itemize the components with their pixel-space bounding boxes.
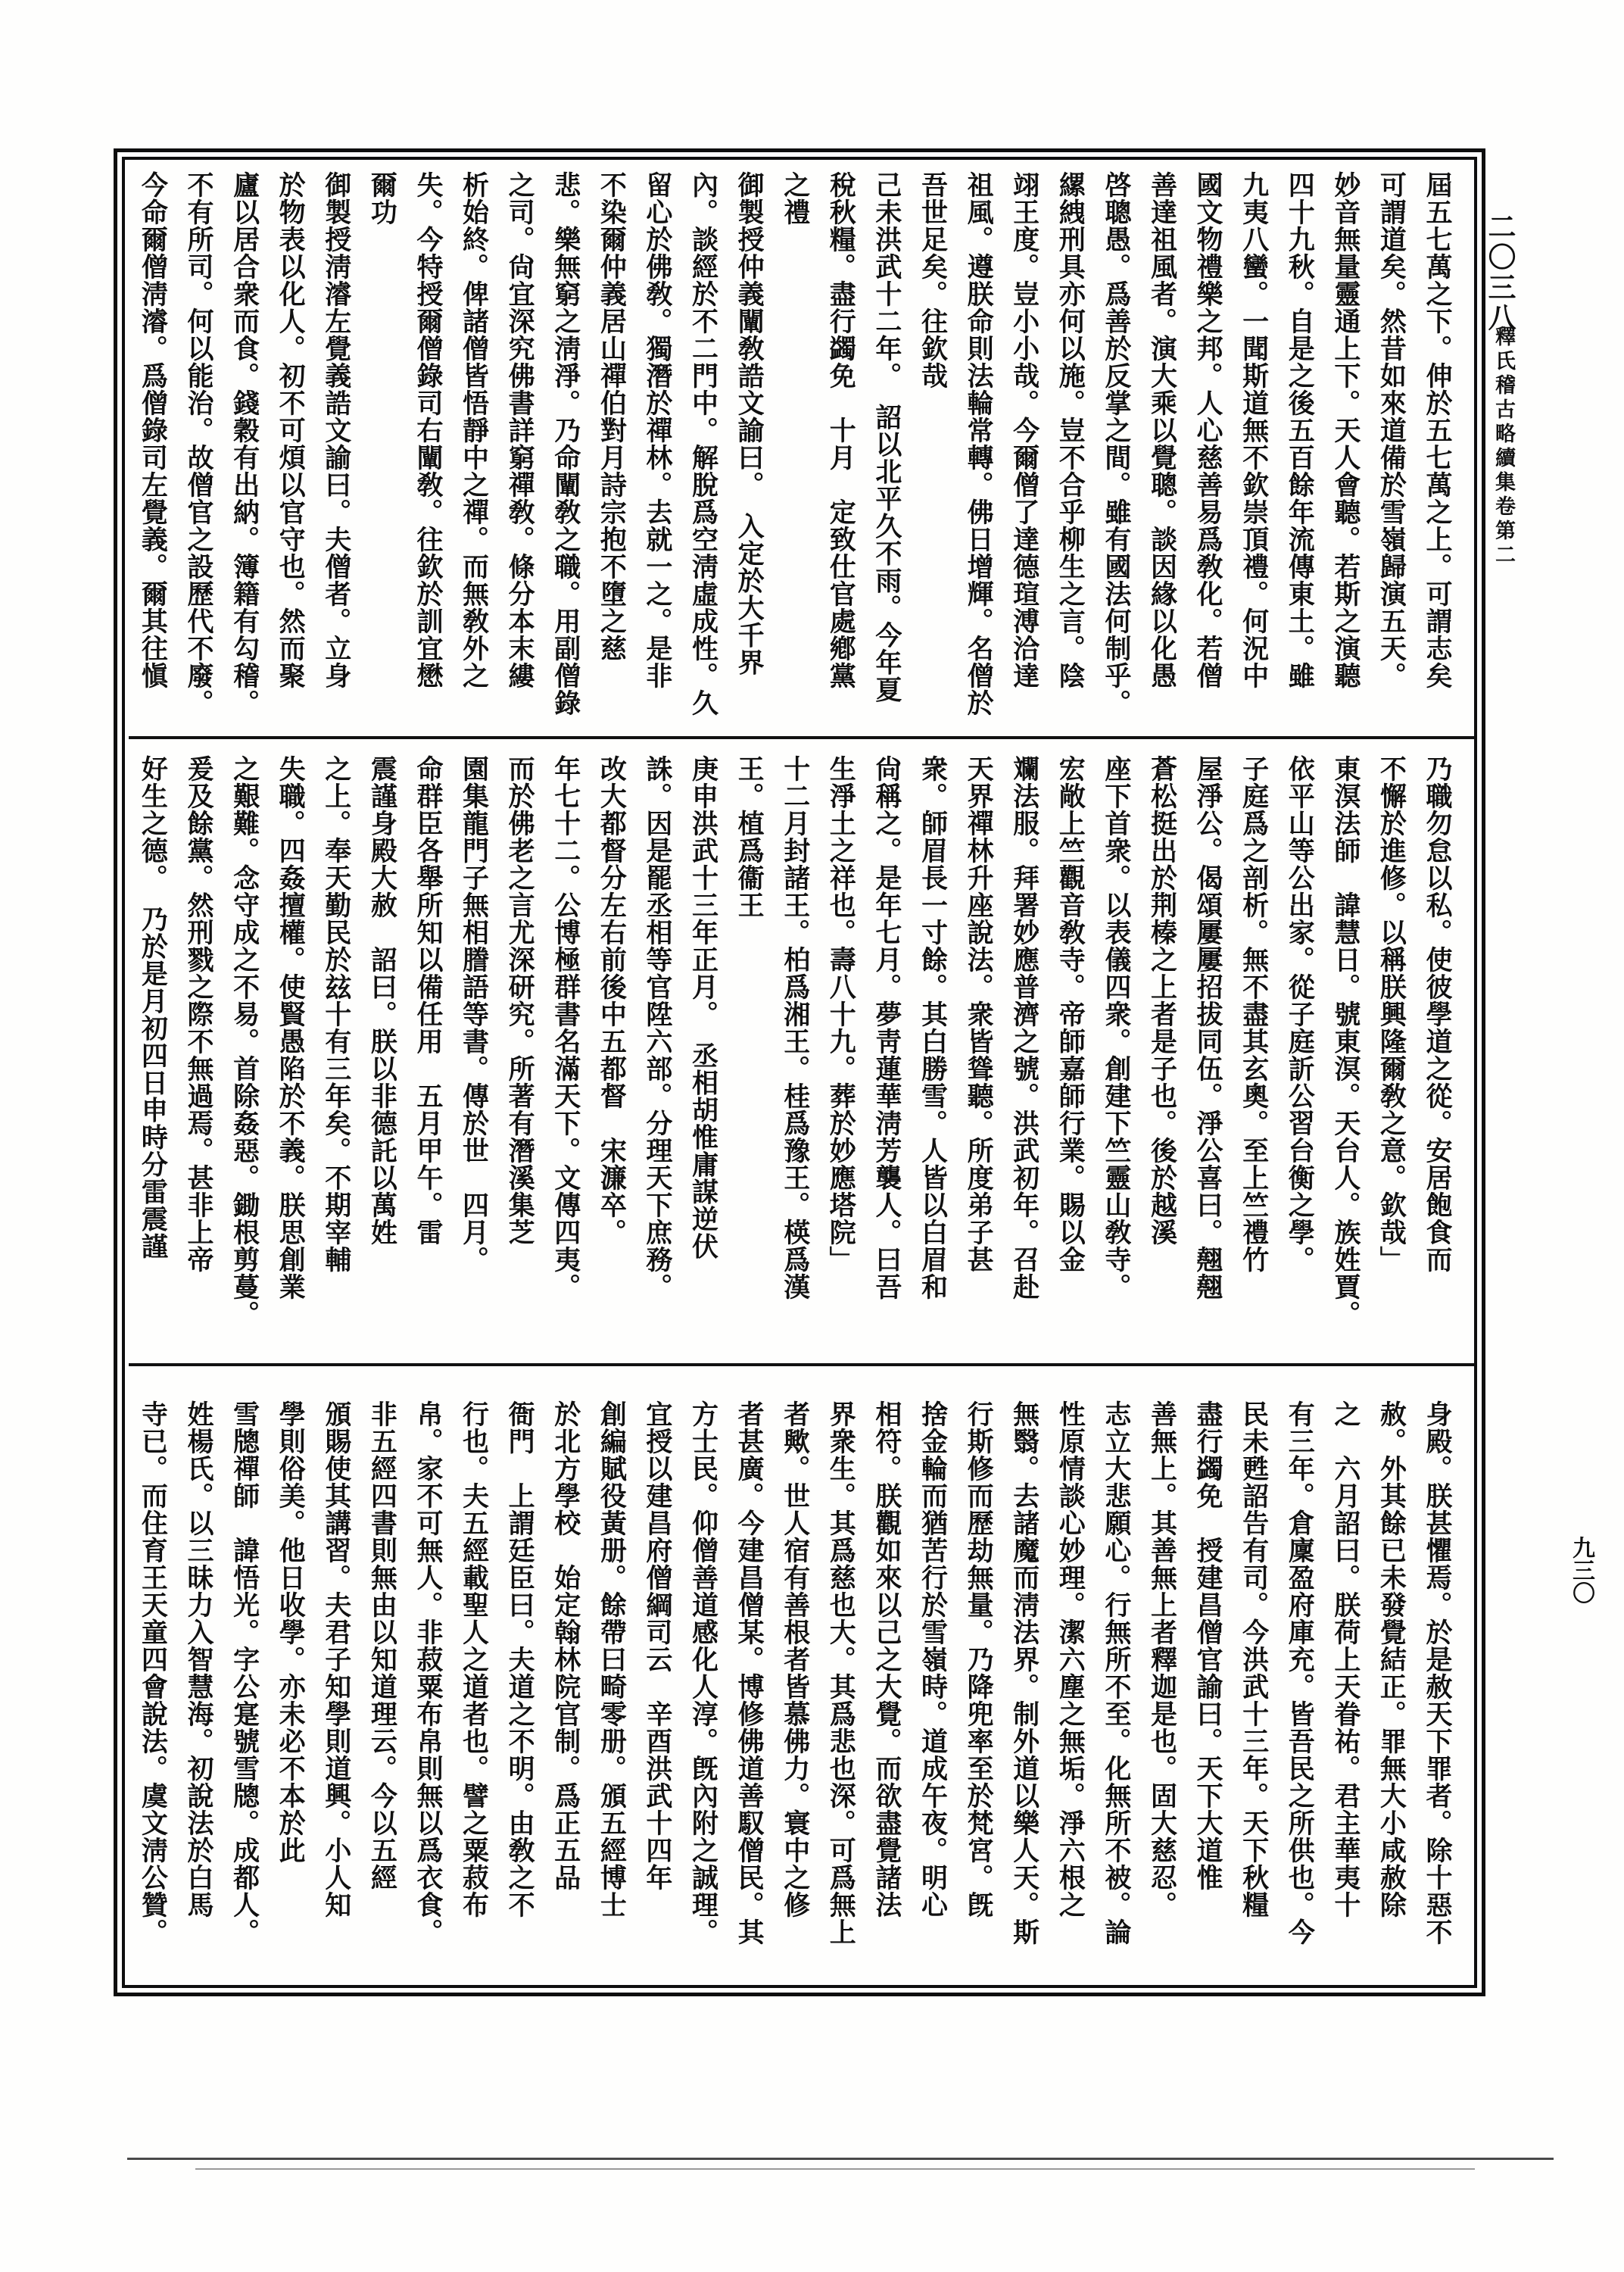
text-column: 身殿。朕甚懼焉。於是赦天下罪者。除十惡不 <box>1414 1400 1460 1974</box>
text-column: 四十九秋。自是之後五百餘年流傳東土。雖 <box>1276 171 1323 738</box>
text-column: 赦。外其餘已未發覺結正。罪無大小咸赦除 <box>1368 1400 1414 1974</box>
text-column: 園集龍門子無相謄語等書。傳於世 四月。 <box>450 755 497 1342</box>
text-column: 性原情談心妙理。潔六塵之無垢。淨六根之 <box>1047 1400 1093 1974</box>
text-column: 己未洪武十二年。 詔以北平久不雨。今年夏 <box>863 171 909 738</box>
text-column: 之艱難。念守成之不易。首除姦惡。鋤根剪蔓。 <box>221 755 267 1342</box>
text-column: 天界禪林升座說法。衆皆聳聽。所度弟子甚 <box>955 755 1001 1342</box>
text-column: 於北方學校 始定翰林院官制。爲正五品 <box>542 1400 588 1974</box>
text-column: 捨金輪而猶苦行於雪嶺時。道成午夜。明心 <box>909 1400 955 1974</box>
text-column: 失職。四姦擅權。使賢愚陷於不義。朕思創業 <box>267 755 313 1342</box>
text-column: 蒼松挺出於荆榛之上者是子也。後於越溪 <box>1139 755 1185 1342</box>
text-band-middle: 乃職勿怠以私。使彼學道之從。安居飽食而不懈於進修。以稱朕興隆爾敎之意。欽哉」東溟… <box>129 755 1475 1342</box>
text-column: 志立大悲願心。行無所不至。化無所不被。論 <box>1093 1400 1139 1974</box>
text-column: 於物表以化人。初不可煩以官守也。然而聚 <box>267 171 313 738</box>
text-column: 宜授以建昌府僧綱司云 辛酉洪武十四年 <box>634 1400 680 1974</box>
text-column: 衆。師眉長一寸餘。其白勝雪。人皆以白眉和 <box>909 755 955 1342</box>
text-column: 東溟法師 諱慧日。號東溟。天台人。族姓賈。 <box>1322 755 1368 1342</box>
text-column: 啓聰愚。爲善於反掌之間。雖有國法何制乎。 <box>1093 171 1139 738</box>
band-divider-2 <box>129 1363 1475 1366</box>
text-column: 析始終。俾諸僧皆悟靜中之禪。而無敎外之 <box>450 171 497 738</box>
text-column: 年七十二。公博極群書名滿天下。文傳四夷。 <box>542 755 588 1342</box>
running-title: 釋氏稽古略續集卷第二 <box>1488 326 1518 568</box>
text-column: 十二月封諸王。柏爲湘王。桂爲豫王。楧爲漢 <box>771 755 818 1342</box>
text-column: 姓楊氏。以三昧力入智慧海。初說法於白馬 <box>175 1400 221 1974</box>
text-column: 界衆生。其爲慈也大。其爲悲也深。可爲無上 <box>818 1400 864 1974</box>
text-column: 生淨土之祥也。壽八十九。葬於妙應塔院」 <box>818 755 864 1342</box>
text-column: 國文物禮樂之邦。人心慈善易爲敎化。若僧 <box>1184 171 1230 738</box>
text-column: 而於佛老之言尤深研究。所著有潛溪集芝 <box>497 755 543 1342</box>
text-column: 御製授仲義闡敎誥文諭曰。 入定於大千界 <box>726 171 772 738</box>
text-column: 之禮 <box>771 171 818 738</box>
text-column: 無翳。去諸魔而淸法界。制外道以樂人天。斯 <box>1001 1400 1047 1974</box>
text-column: 今命爾僧淸濬。爲僧錄司左覺義。爾其往愼 <box>129 171 176 738</box>
text-column: 善無上。其善無上者釋迦是也。固大慈忍。 <box>1139 1400 1185 1974</box>
text-column: 震謹身殿大赦 詔曰。朕以非德託以萬姓 <box>359 755 405 1342</box>
text-band-upper: 屆五七萬之下。伸於五七萬之上。可謂志矣可謂道矣。然昔如來道備於雪嶺歸演五天。妙音… <box>129 171 1475 738</box>
text-column: 內。談經於不二門中。解脫爲空淸虛成性。久 <box>680 171 726 738</box>
text-column: 爰及餘黨。然刑戮之際不無過焉。甚非上帝 <box>175 755 221 1342</box>
text-column: 之上。奉天勤民於玆十有三年矣。不期宰輔 <box>313 755 359 1342</box>
text-column: 好生之德。 乃於是月初四日申時分雷震謹 <box>129 755 176 1342</box>
text-column: 失。今特授爾僧錄司右闡敎。往欽於訓宜懋 <box>404 171 450 738</box>
text-column: 盡行蠲免 授建昌僧官諭曰。天下大道惟 <box>1184 1400 1230 1974</box>
folio-number: 九三〇 <box>1564 1536 1598 1604</box>
text-column: 乃職勿怠以私。使彼學道之從。安居飽食而 <box>1414 755 1460 1342</box>
text-column: 不染爾仲義居山禪伯對月詩宗抱不墮之慈 <box>588 171 634 738</box>
text-column: 民未甦詔告有司。今洪武十三年。天下秋糧 <box>1230 1400 1276 1974</box>
text-column: 縲絏刑具亦何以施。豈不合乎柳生之言。陰 <box>1047 171 1093 738</box>
text-column: 誅。因是罷丞相等官陞六部。分理天下庶務。 <box>634 755 680 1342</box>
text-column: 頒賜使其講習。夫君子知學則道興。小人知 <box>313 1400 359 1974</box>
text-column: 創編賦役黃册。餘帶曰畸零册。頒五經博士 <box>588 1400 634 1974</box>
text-column: 之 六月詔曰。朕荷上天眷祐。君主華夷十 <box>1322 1400 1368 1974</box>
text-column: 不懈於進修。以稱朕興隆爾敎之意。欽哉」 <box>1368 755 1414 1342</box>
text-column: 九夷八蠻。一聞斯道無不欽崇頂禮。何況中 <box>1230 171 1276 738</box>
text-column: 爾功 <box>359 171 405 738</box>
text-column: 方士民。仰僧善道感化人淳。旣內附之誠理。 <box>680 1400 726 1974</box>
text-column: 斕法服。拜署妙應普濟之號。洪武初年。召赴 <box>1001 755 1047 1342</box>
text-column: 祖風。遵朕命則法輪常轉。佛日增輝。名僧於 <box>955 171 1001 738</box>
text-column: 妙音無量靈通上下。天人會聽。若斯之演聽 <box>1322 171 1368 738</box>
text-column: 翊王度。豈小小哉。今爾僧了達德瑄溥洽達 <box>1001 171 1047 738</box>
text-column: 御製授淸濬左覺義誥文諭曰。夫僧者。立身 <box>313 171 359 738</box>
scanned-document-page: 二〇三八 釋氏稽古略續集卷第二 九三〇 屆五七萬之下。伸於五七萬之上。可謂志矣可… <box>0 0 1624 2272</box>
text-column: 王。植爲衞王 <box>726 755 772 1342</box>
text-column: 宏敞上竺觀音敎寺。帝師嘉師行業。賜以金 <box>1047 755 1093 1342</box>
text-column: 依平山等公出家。從子庭訢公習台衡之學。 <box>1276 755 1323 1342</box>
text-column: 者甚廣。今建昌僧某。博修佛道善馭僧民。其 <box>726 1400 772 1974</box>
text-column: 有三年。倉廩盈府庫充。皆吾民之所供也。今 <box>1276 1400 1323 1974</box>
volume-page-number: 二〇三八 <box>1479 212 1520 333</box>
text-column: 行斯修而歷劫無量。乃降兜率至於梵宮。旣 <box>955 1400 1001 1974</box>
text-column: 命群臣各舉所知以備任用 五月甲午。雷 <box>404 755 450 1342</box>
text-column: 子庭爲之剖析。無不盡其玄奧。至上竺禮竹 <box>1230 755 1276 1342</box>
text-column: 相符。朕觀如來以己之大覺。而欲盡覺諸法 <box>863 1400 909 1974</box>
text-column: 者歟。世人宿有善根者皆慕佛力。寰中之修 <box>771 1400 818 1974</box>
text-column: 稅秋糧。盡行蠲免 十月 定致仕官處鄕黨 <box>818 171 864 738</box>
text-column: 悲。樂無窮之淸淨。乃命闡敎之職。用副僧錄 <box>542 171 588 738</box>
text-column: 衙門 上謂廷臣曰。夫道之不明。由敎之不 <box>497 1400 543 1974</box>
text-column: 非五經四書則無由以知道理云。今以五經 <box>359 1400 405 1974</box>
band-divider-1 <box>129 736 1475 739</box>
text-column: 屋淨公。偈頌屢屢招拔同伍。淨公喜曰。翹翹 <box>1184 755 1230 1342</box>
text-column: 之司。尙宜深究佛書詳窮禪敎。條分本末縷 <box>497 171 543 738</box>
text-column: 廬以居合衆而食。錢穀有出納。簿籍有勾稽。 <box>221 171 267 738</box>
page-edge-line <box>127 2158 1554 2160</box>
text-column: 庚申洪武十三年正月。 丞相胡惟庸謀逆伏 <box>680 755 726 1342</box>
text-column: 吾世足矣。往欽哉 <box>909 171 955 738</box>
text-column: 留心於佛敎。獨潛於禪林。去就一之。是非 <box>634 171 680 738</box>
text-column: 寺已。而住育王天童四會說法。虞文淸公贊。 <box>129 1400 176 1974</box>
text-column: 尙稱之。是年七月。夢靑蓮華淸芳襲人。曰吾 <box>863 755 909 1342</box>
text-column: 學則俗美。他日收學。亦未必不本於此 <box>267 1400 313 1974</box>
text-column: 雪牕禪師 諱悟光。字公寔號雪牕。成都人。 <box>221 1400 267 1974</box>
text-column: 可謂道矣。然昔如來道備於雪嶺歸演五天。 <box>1368 171 1414 738</box>
text-column: 帛。家不可無人。非菽粟布帛則無以爲衣食。 <box>404 1400 450 1974</box>
text-column: 行也。夫五經載聖人之道者也。譬之粟菽布 <box>450 1400 497 1974</box>
text-column: 座下首衆。以表儀四衆。創建下竺靈山敎寺。 <box>1093 755 1139 1342</box>
text-band-lower: 身殿。朕甚懼焉。於是赦天下罪者。除十惡不赦。外其餘已未發覺結正。罪無大小咸赦除之… <box>129 1400 1475 1974</box>
text-column: 善達祖風者。演大乘以覺聰。談因緣以化愚 <box>1139 171 1185 738</box>
text-column: 改大都督分左右前後中五都督 宋濂卒。 <box>588 755 634 1342</box>
page-edge-shadow-line <box>195 2168 1475 2170</box>
text-column: 不有所司。何以能治。故僧官之設歷代不廢。 <box>175 171 221 738</box>
text-column: 屆五七萬之下。伸於五七萬之上。可謂志矣 <box>1414 171 1460 738</box>
